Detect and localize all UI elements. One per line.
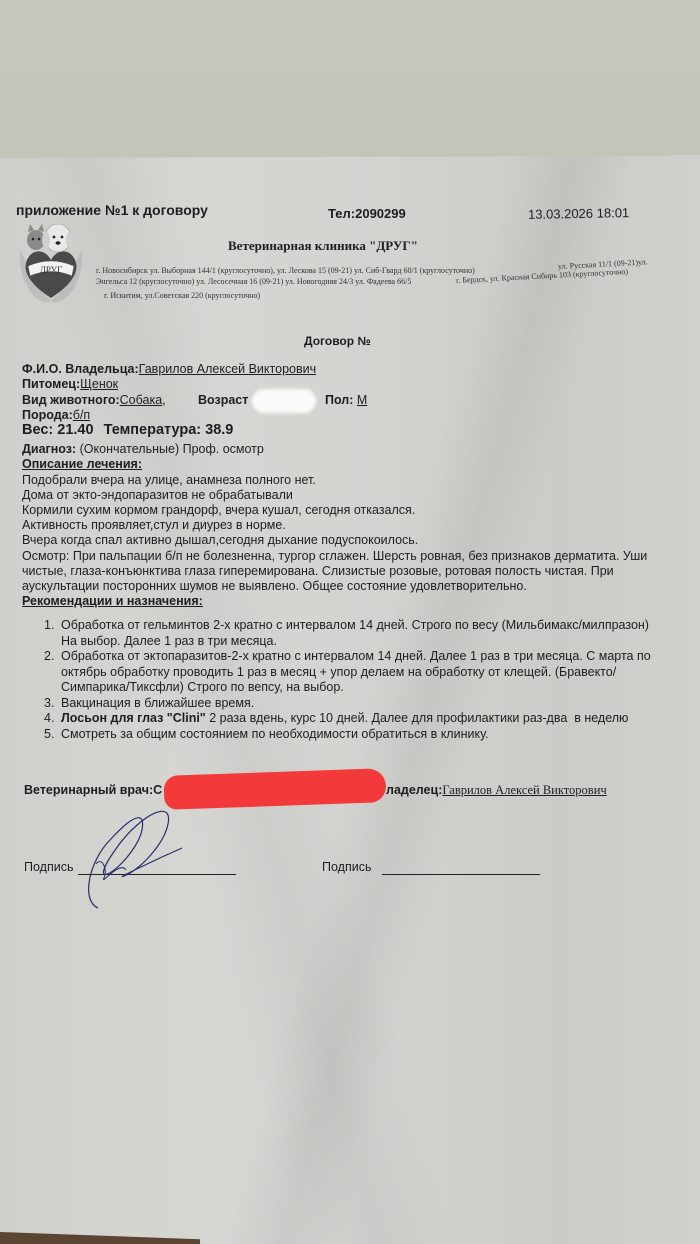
document-datetime: 13.03.2026 18:01 — [528, 205, 629, 222]
treatment-line: Кормили сухим кормом грандорф, вчера куш… — [22, 503, 415, 517]
recommendation-item: 1. Обработка от гельминтов 2-х кратно с … — [44, 618, 700, 649]
vet-field: Ветеринарный врач:С — [24, 783, 162, 797]
owner-sign-label: ладелец: — [386, 783, 442, 797]
age-redaction — [252, 389, 316, 413]
owner-signature-line — [382, 874, 540, 875]
age-field: Возраст — [198, 393, 248, 407]
clinic-address-line2: Энгельса 12 (круглосуточно) ул. Лесосечн… — [96, 277, 411, 286]
vet-label: Ветеринарный врач: — [24, 783, 153, 797]
diagnosis-value: (Окончательные) Проф. осмотр — [80, 442, 264, 456]
treatment-line: Дома от экто-эндопаразитов не обрабатыва… — [22, 488, 293, 502]
vet-signature-icon — [60, 800, 200, 910]
weight-value: Вес: 21.40 — [22, 422, 94, 438]
recommendation-item: 3. Вакцинация в ближайшее время. — [44, 696, 700, 712]
recommendation-item: 4. Лосьон для глаз "Clini" 2 раза вдень,… — [44, 711, 700, 727]
vitals: Вес: 21.40Температура: 38.9 — [22, 422, 233, 438]
treatment-line: аускультации посторонних шумов не выявле… — [22, 579, 527, 593]
recommendations-list: 1. Обработка от гельминтов 2-х кратно с … — [44, 618, 700, 742]
owner-label: Ф.И.О. Владельца: — [22, 362, 139, 376]
recommendations-title: Рекомендации и назначения: — [22, 594, 203, 608]
recommendation-bold: Лосьон для глаз "Clini" — [61, 711, 206, 725]
sex-value: М — [357, 393, 367, 407]
owner-sign-field: ладелец:Гаврилов Алексей Викторович — [386, 783, 607, 798]
sex-field: Пол: М — [325, 393, 367, 407]
species-field: Вид животного:Собака, — [22, 393, 166, 407]
recommendation-item: 2. Обработка от эктопаразитов-2-х кратно… — [44, 649, 700, 696]
pet-value: Щенок — [80, 377, 118, 391]
breed-value: б/п — [73, 408, 90, 422]
diagnosis: Диагноз: (Окончательные) Проф. осмотр — [22, 442, 264, 456]
species-value: Собака — [120, 393, 163, 407]
owner-field: Ф.И.О. Владельца:Гаврилов Алексей Виктор… — [22, 362, 316, 376]
treatment-line: чистые, глаза-конъюнктива глаза гипереми… — [22, 564, 614, 578]
diagnosis-label: Диагноз: — [22, 442, 76, 456]
breed-field: Порода:б/п — [22, 408, 90, 422]
clinic-phone: Тел:2090299 — [328, 206, 406, 221]
owner-value: Гаврилов Алексей Викторович — [139, 362, 316, 376]
temperature-value: Температура: 38.9 — [104, 422, 234, 438]
breed-label: Порода: — [22, 408, 73, 422]
species-suffix: , — [162, 393, 165, 407]
contract-title: Договор № — [304, 334, 371, 348]
age-label: Возраст — [198, 393, 248, 407]
clinic-name: Ветеринарная клиника "ДРУГ" — [228, 238, 418, 254]
treatment-line: Активность проявляет,стул и диурез в нор… — [22, 518, 286, 532]
pet-label: Питомец: — [22, 377, 80, 391]
owner-sign-name: Гаврилов Алексей Викторович — [442, 783, 606, 797]
treatment-title: Описание лечения: — [22, 457, 142, 471]
clinic-logo-icon: ДРУГ — [16, 220, 86, 306]
owner-signature-label: Подпись — [322, 860, 371, 874]
species-label: Вид животного: — [22, 393, 120, 407]
recommendation-item: 5. Смотреть за общим состоянием по необх… — [44, 727, 700, 743]
appendix-title: приложение №1 к договору — [16, 202, 208, 218]
clinic-address-line3: г. Искитим, ул.Советская 220 (круглосуто… — [104, 291, 260, 300]
vet-name-start: С — [153, 783, 162, 797]
background-wall — [0, 0, 700, 160]
pet-field: Питомец:Щенок — [22, 377, 118, 391]
treatment-line: Подобрали вчера на улице, анамнеза полно… — [22, 473, 316, 487]
clinic-address-line1: г. Новосибирск ул. Выборная 144/1 (кругл… — [96, 266, 475, 275]
svg-text:ДРУГ: ДРУГ — [40, 265, 63, 275]
treatment-line: Вчера когда спал активно дышал,сегодня д… — [22, 533, 418, 547]
sex-label: Пол: — [325, 393, 353, 407]
treatment-line: Осмотр: При пальпации б/п не болезненна,… — [22, 549, 647, 563]
